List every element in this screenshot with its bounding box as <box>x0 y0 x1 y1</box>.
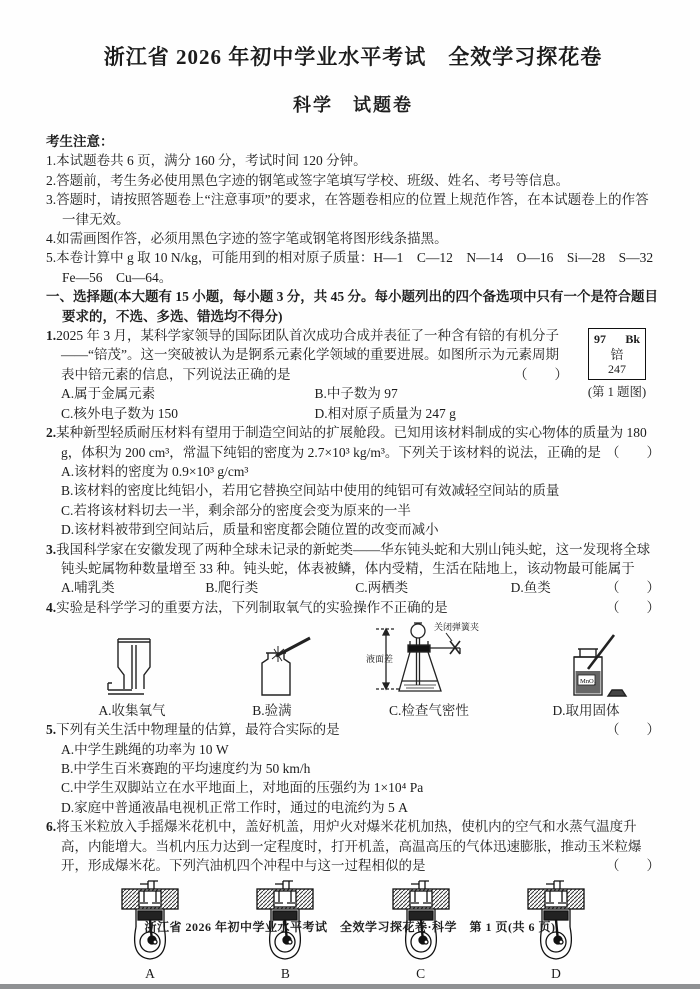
option-c: C.两栖类 <box>355 578 510 597</box>
question-2: 2.某种新型轻质耐压材料有望用于制造空间站的扩展舱段。已知用该材料制成的实心物体… <box>46 423 660 539</box>
question-stem: 5.下列有关生活中物理量的估算，最符合实际的是（ ） <box>46 720 660 739</box>
section-heading: 一、选择题(本大题有 15 小题，每小题 3 分，共 45 分。每小题列出的四个… <box>46 287 660 326</box>
notice-block: 考生注意： 1.本试题卷共 6 页，满分 160 分，考试时间 120 分钟。 … <box>46 132 660 287</box>
clamp-label: 关闭弹簧夹 <box>434 621 479 632</box>
option-b: B.该材料的密度比纯铝小，若用它替换空间站中使用的纯铝可有效减轻空间站的质量 <box>61 481 660 500</box>
option-a: A.属于金属元素 <box>61 384 315 403</box>
answer-bracket: （ ） <box>514 365 568 384</box>
page-title: 浙江省 2026 年初中学业水平考试 全效学习探花卷 <box>46 44 660 70</box>
answer-bracket: （ ） <box>606 856 660 875</box>
notice-item: 1.本试题卷共 6 页，满分 160 分，考试时间 120 分钟。 <box>46 151 660 170</box>
question-1: 97 Bk 锫 247 (第 1 题图) 1.2025 年 3 月，某科学家领导… <box>46 326 660 423</box>
option-b: B.中学生百米赛跑的平均速度约为 50 km/h <box>61 759 660 778</box>
q4-figure-c: 关闭弹簧夹 液面差 C.检查气密性 <box>366 621 492 720</box>
notice-item: 2.答题前，考生务必使用黑色字迹的钢笔或签字笔填写学校、班级、姓名、考号等信息。 <box>46 171 660 190</box>
question-5: 5.下列有关生活中物理量的估算，最符合实际的是（ ） A.中学生跳绳的功率为 1… <box>46 720 660 817</box>
liquid-level-label: 液面差 <box>366 653 393 664</box>
element-mass: 247 <box>589 362 645 377</box>
question-4: 4.实验是科学学习的重要方法，下列制取氧气的实验操作不正确的是（ ） A.收集氧… <box>46 598 660 720</box>
question-stem: 1.2025 年 3 月，某科学家领导的国际团队首次成功合成并表征了一种含有锫的… <box>46 326 660 384</box>
q1-element-figure: 97 Bk 锫 247 (第 1 题图) <box>574 328 660 401</box>
option-b: B.中子数为 97 <box>315 384 569 403</box>
notice-item: 4.如需画图作答，必须用黑色字迹的签字笔或钢笔将图形线条描黑。 <box>46 229 660 248</box>
solid-reagent-bottle-icon: MnO₂ <box>540 633 632 701</box>
q4-figure-row: A.收集氧气 B.验满 <box>46 617 660 720</box>
option-d: D.相对原子质量为 247 g <box>315 404 569 423</box>
q4-figure-a: A.收集氧气 <box>86 633 178 720</box>
q4-figure-d: MnO₂ D.取用固体 <box>540 633 632 720</box>
question-number: 1. <box>46 328 56 343</box>
option-d: D.鱼类 <box>511 578 606 597</box>
option-d: D.该材料被带到空间站后，质量和密度都会随位置的改变而减小 <box>61 520 660 539</box>
notice-heading: 考生注意： <box>46 132 660 151</box>
question-stem: 3.我国科学家在安徽发现了两种全球未记录的新蛇类——华东钝头蛇和大别山钝头蛇，这… <box>46 540 660 579</box>
option-a: A.该材料的密度为 0.9×10³ g/cm³ <box>61 462 660 481</box>
question-number: 4. <box>46 600 56 615</box>
option-d: D.家庭中普通液晶电视机正常工作时，通过的电流约为 5 A <box>61 798 660 817</box>
figure-caption: B.验满 <box>226 702 318 720</box>
engine-label: D <box>518 965 594 982</box>
answer-bracket: （ ） <box>606 578 660 597</box>
question-stem: 4.实验是科学学习的重要方法，下列制取氧气的实验操作不正确的是（ ） <box>46 598 660 617</box>
option-c: C.若将该材料切去一半，剩余部分的密度会变为原来的一半 <box>61 501 660 520</box>
question-3: 3.我国科学家在安徽发现了两种全球未记录的新蛇类——华东钝头蛇和大别山钝头蛇，这… <box>46 540 660 598</box>
figure-caption: D.取用固体 <box>540 702 632 720</box>
q4-figure-b: B.验满 <box>226 633 318 720</box>
option-c: C.核外电子数为 150 <box>61 404 315 423</box>
answer-bracket: （ ） <box>606 720 660 739</box>
gas-collection-bottle-icon <box>86 633 178 701</box>
element-symbol: Bk <box>625 332 640 347</box>
q2-options: A.该材料的密度为 0.9×10³ g/cm³ B.该材料的密度比纯铝小，若用它… <box>46 462 660 540</box>
question-6: 6.将玉米粒放入手摇爆米花机中，盖好机盖，用炉火对爆米花机加热，使机内的空气和水… <box>46 817 660 982</box>
page-footer: 浙江省 2026 年初中学业水平考试 全效学习探花卷·科学 第 1 页(共 6 … <box>0 918 700 937</box>
answer-bracket: （ ） <box>606 443 660 462</box>
element-atomic-number: 97 <box>594 332 606 347</box>
question-stem: 6.将玉米粒放入手摇爆米花机中，盖好机盖，用炉火对爆米花机加热，使机内的空气和水… <box>46 817 660 875</box>
question-number: 2. <box>46 425 56 440</box>
q5-options: A.中学生跳绳的功率为 10 W B.中学生百米赛跑的平均速度约为 50 km/… <box>46 740 660 818</box>
exam-page: 浙江省 2026 年初中学业水平考试 全效学习探花卷 科学 试题卷 考生注意： … <box>0 0 700 982</box>
option-a: A.中学生跳绳的功率为 10 W <box>61 740 660 759</box>
scan-edge-artifact <box>0 984 700 989</box>
q1-element-box: 97 Bk 锫 247 <box>588 328 646 380</box>
question-number: 6. <box>46 819 56 834</box>
reagent-label: MnO₂ <box>580 678 596 685</box>
figure-caption: C.检查气密性 <box>366 702 492 720</box>
notice-item: 5.本卷计算中 g 取 10 N/kg，可能用到的相对原子质量：H—1 C—12… <box>46 248 660 287</box>
figure-caption: A.收集氧气 <box>86 702 178 720</box>
airtightness-check-flask-icon: 关闭弹簧夹 液面差 <box>366 621 492 701</box>
figure-caption: (第 1 题图) <box>574 383 660 401</box>
option-b: B.爬行类 <box>205 578 355 597</box>
option-a: A.哺乳类 <box>61 578 205 597</box>
q3-options: A.哺乳类 B.爬行类 C.两栖类 D.鱼类 <box>46 578 606 597</box>
engine-label: C <box>383 965 459 982</box>
page-subtitle: 科学 试题卷 <box>46 94 660 116</box>
full-test-splint-icon <box>226 633 318 701</box>
engine-label: A <box>112 965 188 982</box>
question-stem: 2.某种新型轻质耐压材料有望用于制造空间站的扩展舱段。已知用该材料制成的实心物体… <box>46 423 660 462</box>
q1-options: A.属于金属元素 B.中子数为 97 C.核外电子数为 150 D.相对原子质量… <box>46 384 568 423</box>
engine-label: B <box>247 965 323 982</box>
notice-item: 3.答题时，请按照答题卷上“注意事项”的要求，在答题卷相应的位置上规范作答，在本… <box>46 190 660 229</box>
question-number: 3. <box>46 542 56 557</box>
option-c: C.中学生双脚站立在水平地面上，对地面的压强约为 1×10⁴ Pa <box>61 778 660 797</box>
element-name: 锫 <box>589 347 645 362</box>
question-number: 5. <box>46 722 56 737</box>
answer-bracket: （ ） <box>606 598 660 617</box>
